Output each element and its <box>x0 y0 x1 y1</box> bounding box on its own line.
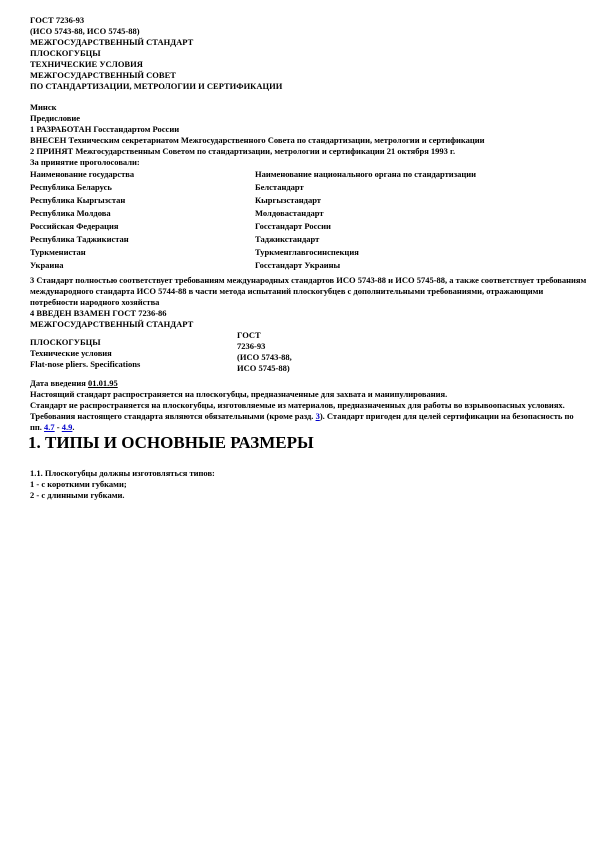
title-block: ПЛОСКОГУБЦЫ Технические условия Flat-nos… <box>30 330 587 374</box>
vote-table-row: Республика Молдова Молдовастандарт <box>30 207 587 220</box>
foreword-item-4: 4 ВВЕДЕН ВЗАМЕН ГОСТ 7236-86 <box>30 308 587 319</box>
effective-date-line: Дата введения 01.01.95 <box>30 378 587 389</box>
doc-number: ГОСТ 7236-93 <box>30 15 587 26</box>
code-line-3: (ИСО 5743-88, <box>237 352 587 363</box>
clause-ref-link-47[interactable]: 4.7 <box>44 422 55 432</box>
title-block-code: ГОСТ 7236-93 (ИСО 5743-88, ИСО 5745-88) <box>237 330 587 374</box>
council-city: Минск <box>30 102 587 113</box>
vote-table-header-row: Наименование государства Наименование на… <box>30 168 587 181</box>
state-cell: Украина <box>30 259 255 272</box>
org-cell: Кыргызстандарт <box>255 194 587 207</box>
scope-p2: Стандарт не распространяется на плоскогу… <box>30 400 587 411</box>
state-cell: Туркменистан <box>30 246 255 259</box>
org-cell: Таджикстандарт <box>255 233 587 246</box>
org-cell: Белстандарт <box>255 181 587 194</box>
vote-table-row: Туркменистан Туркменглавгосинспекция <box>30 246 587 259</box>
title-block-names: ПЛОСКОГУБЦЫ Технические условия Flat-nos… <box>30 330 237 374</box>
scope-p3-text-3: - <box>55 422 62 432</box>
vote-table-header-org: Наименование национального органа по ста… <box>255 168 587 181</box>
org-cell: Молдовастандарт <box>255 207 587 220</box>
doc-title: ПЛОСКОГУБЦЫ <box>30 48 587 59</box>
vote-table-row: Республика Кыргызстан Кыргызстандарт <box>30 194 587 207</box>
foreword-item-3: 3 Стандарт полностью соответствует требо… <box>30 275 587 308</box>
effective-date-link[interactable]: 01.01.95 <box>88 378 118 388</box>
effective-date-label: Дата введения <box>30 378 88 388</box>
foreword-heading: Предисловие <box>30 113 587 124</box>
title-name-en: Flat-nose pliers. Specifications <box>30 359 237 370</box>
foreword-item-2: 2 ПРИНЯТ Межгосударственным Советом по с… <box>30 146 587 157</box>
council-name-line2: ПО СТАНДАРТИЗАЦИИ, МЕТРОЛОГИИ И СЕРТИФИК… <box>30 81 587 92</box>
code-line-1: ГОСТ <box>237 330 587 341</box>
council-name: МЕЖГОСУДАРСТВЕННЫЙ СОВЕТ ПО СТАНДАРТИЗАЦ… <box>30 70 587 92</box>
doc-subtitle: ТЕХНИЧЕСКИЕ УСЛОВИЯ <box>30 59 587 70</box>
scope-p3-text-4: . <box>72 422 74 432</box>
state-cell: Российская Федерация <box>30 220 255 233</box>
vote-table-row: Российская Федерация Госстандарт России <box>30 220 587 233</box>
vote-intro: За принятие проголосовали: <box>30 157 587 168</box>
vote-table-row: Украина Госстандарт Украины <box>30 259 587 272</box>
section1-item-1: 1 - с короткими губками; <box>30 479 587 490</box>
section1-heading: 1. ТИПЫ И ОСНОВНЫЕ РАЗМЕРЫ <box>28 433 587 452</box>
foreword-item-1b: ВНЕСЕН Техническим секретариатом Межгосу… <box>30 135 587 146</box>
state-cell: Республика Молдова <box>30 207 255 220</box>
clause-ref-link-49[interactable]: 4.9 <box>62 422 73 432</box>
scope-p3-text-1: Требования настоящего стандарта являются… <box>30 411 316 421</box>
org-cell: Госстандарт России <box>255 220 587 233</box>
vote-table-header-state: Наименование государства <box>30 168 255 181</box>
vote-table: Наименование государства Наименование на… <box>30 168 587 272</box>
state-cell: Республика Беларусь <box>30 181 255 194</box>
section1-item-2: 2 - с длинными губками. <box>30 490 587 501</box>
org-cell: Госстандарт Украины <box>255 259 587 272</box>
scope-p3: Требования настоящего стандарта являются… <box>30 411 587 433</box>
title-subtitle-ru: Технические условия <box>30 348 237 359</box>
iso-refs: (ИСО 5743-88, ИСО 5745-88) <box>30 26 587 37</box>
org-cell: Туркменглавгосинспекция <box>255 246 587 259</box>
standard-type-label: МЕЖГОСУДАРСТВЕННЫЙ СТАНДАРТ <box>30 37 587 48</box>
foreword-item-1: 1 РАЗРАБОТАН Госстандартом России <box>30 124 587 135</box>
standard-type-label-2: МЕЖГОСУДАРСТВЕННЫЙ СТАНДАРТ <box>30 319 587 330</box>
council-name-line1: МЕЖГОСУДАРСТВЕННЫЙ СОВЕТ <box>30 70 587 81</box>
state-cell: Республика Таджикистан <box>30 233 255 246</box>
section1-p1: 1.1. Плоскогубцы должны изготовляться ти… <box>30 468 587 479</box>
vote-table-row: Республика Беларусь Белстандарт <box>30 181 587 194</box>
code-line-4: ИСО 5745-88) <box>237 363 587 374</box>
document-page: ГОСТ 7236-93 (ИСО 5743-88, ИСО 5745-88) … <box>0 0 595 842</box>
scope-p1: Настоящий стандарт распространяется на п… <box>30 389 587 400</box>
title-name-ru: ПЛОСКОГУБЦЫ <box>30 337 237 348</box>
code-line-2: 7236-93 <box>237 341 587 352</box>
state-cell: Республика Кыргызстан <box>30 194 255 207</box>
vote-table-row: Республика Таджикистан Таджикстандарт <box>30 233 587 246</box>
